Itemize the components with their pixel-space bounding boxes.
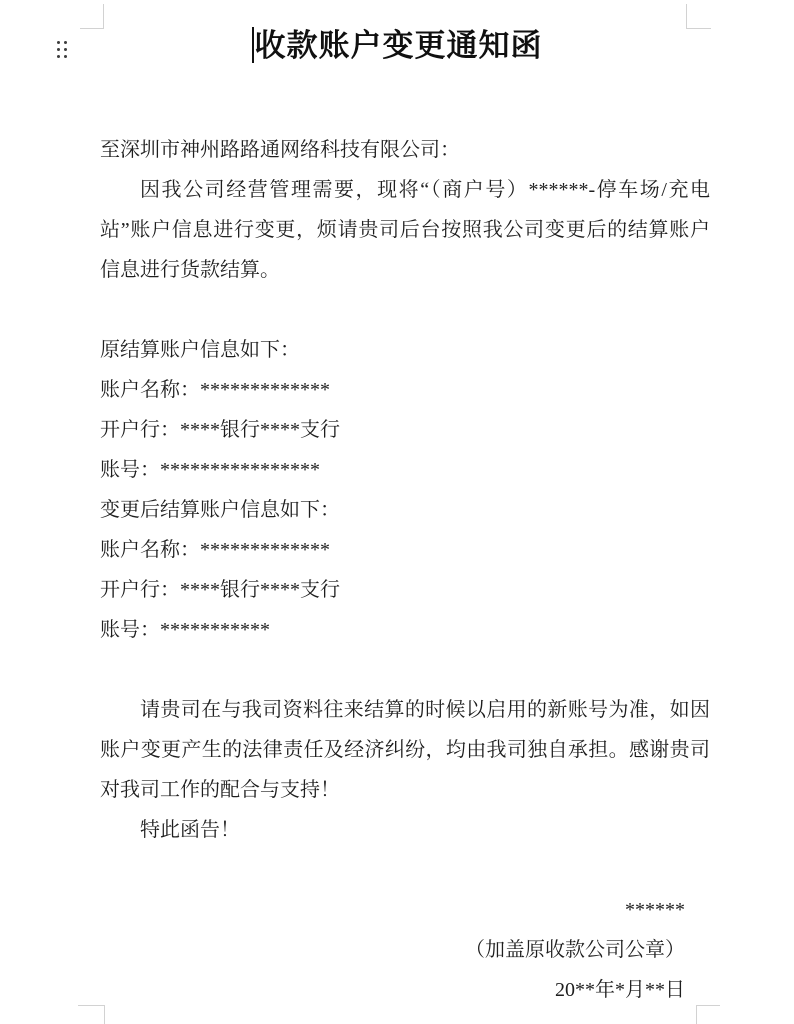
- text-line[interactable]: ******: [100, 890, 710, 930]
- text-cursor-caret: [252, 27, 254, 63]
- text-line[interactable]: 对我司工作的配合与支持！: [100, 770, 710, 810]
- document-body[interactable]: 至深圳市神州路路通网络科技有限公司：因我公司经营管理需要，现将“（商户号）***…: [100, 130, 710, 1010]
- document-page[interactable]: 收款账户变更通知函 至深圳市神州路路通网络科技有限公司：因我公司经营管理需要，现…: [0, 0, 794, 1024]
- text-line[interactable]: 站”账户信息进行变更，烦请贵司后台按照我公司变更后的结算账户: [100, 210, 710, 250]
- text-line[interactable]: （加盖原收款公司公章）: [100, 930, 710, 970]
- text-line[interactable]: 账户变更产生的法律责任及经济纠纷，均由我司独自承担。感谢贵司: [100, 730, 710, 770]
- text-line[interactable]: 请贵司在与我司资料往来结算的时候以启用的新账号为准，如因: [100, 690, 710, 730]
- blank-line: [100, 850, 710, 890]
- text-line[interactable]: 特此函告！: [100, 810, 710, 850]
- text-line[interactable]: 变更后结算账户信息如下：: [100, 490, 710, 530]
- page-title[interactable]: 收款账户变更通知函: [0, 24, 794, 68]
- text-line[interactable]: 账户名称：*************: [100, 370, 710, 410]
- text-line[interactable]: 账号：****************: [100, 450, 710, 490]
- text-line[interactable]: 信息进行货款结算。: [100, 250, 710, 290]
- text-line[interactable]: 账号：***********: [100, 610, 710, 650]
- title-text: 收款账户变更通知函: [255, 28, 543, 63]
- text-line[interactable]: 开户行：****银行****支行: [100, 410, 710, 450]
- text-line[interactable]: 账户名称：*************: [100, 530, 710, 570]
- blank-line: [100, 290, 710, 330]
- blank-line: [100, 650, 710, 690]
- text-line[interactable]: 因我公司经营管理需要，现将“（商户号）******-停车场/充电: [100, 170, 710, 210]
- text-line[interactable]: 开户行：****银行****支行: [100, 570, 710, 610]
- text-line[interactable]: 至深圳市神州路路通网络科技有限公司：: [100, 130, 710, 170]
- text-line[interactable]: 原结算账户信息如下：: [100, 330, 710, 370]
- text-line[interactable]: 20**年*月**日: [100, 970, 710, 1010]
